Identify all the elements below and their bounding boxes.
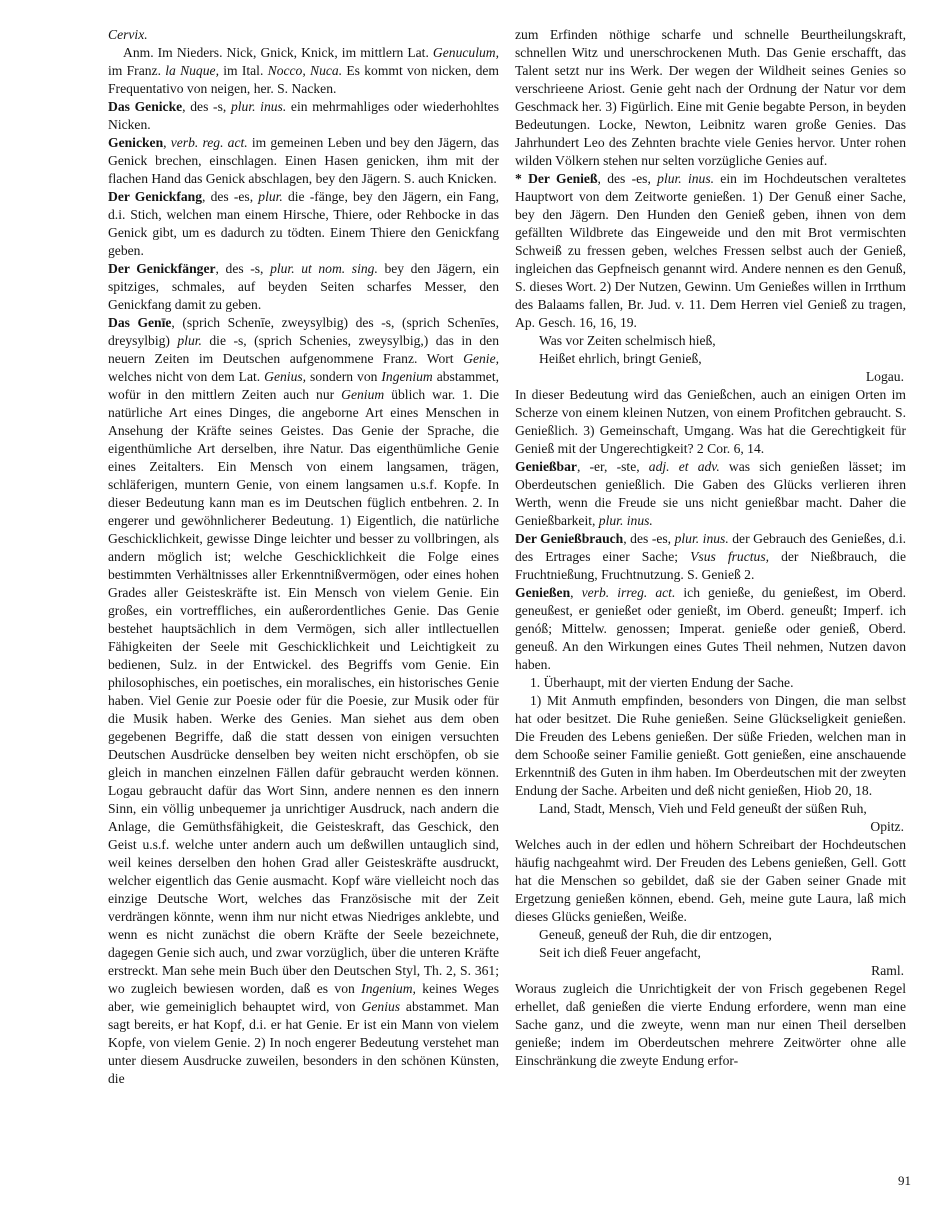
text-segment: Genießen	[515, 585, 570, 600]
entry-genie: Das Genīe, (sprich Schenīe, zweysylbig) …	[108, 314, 499, 1088]
left-column: Cervix.Anm. Im Nieders. Nick, Gnick, Kni…	[108, 26, 499, 1088]
text-segment: Was vor Zeiten schelmisch hieß,	[539, 333, 716, 348]
text-segment: * Der Genieß	[515, 171, 598, 186]
text-segment: Woraus zugleich die Unrichtigkeit der vo…	[515, 981, 906, 1068]
text-segment: Genie,	[463, 351, 499, 366]
text-segment: Genius,	[264, 369, 306, 384]
text-segment: Seit ich dieß Feuer angefacht,	[539, 945, 701, 960]
text-segment: Genius	[362, 999, 401, 1014]
text-segment: plur. ut nom. sing.	[270, 261, 378, 276]
text-segment: Genium	[341, 387, 384, 402]
text-segment: ,	[163, 135, 171, 150]
text-segment: adj. et adv.	[649, 459, 720, 474]
text-segment: Land, Stadt, Mensch, Vieh und Feld geneu…	[539, 801, 867, 816]
verse-line: Geneuß, geneuß der Ruh, die dir entzogen…	[515, 926, 906, 944]
verse-line: Land, Stadt, Mensch, Vieh und Feld geneu…	[515, 800, 906, 818]
text-segment: plur. inus.	[599, 513, 653, 528]
text-segment: im Franz.	[108, 63, 165, 78]
text-segment: Ingenium,	[361, 981, 416, 996]
text-segment: Ingenium	[381, 369, 432, 384]
text-segment: , des -es,	[598, 171, 658, 186]
body-paragraph-geniesschen: In dieser Bedeutung wird das Genießchen,…	[515, 386, 906, 458]
text-segment: Geneuß, geneuß der Ruh, die dir entzogen…	[539, 927, 772, 942]
text-segment: Welches auch in der edlen und höhern Sch…	[515, 837, 906, 924]
text-columns: Cervix.Anm. Im Nieders. Nick, Gnick, Kni…	[108, 26, 906, 1088]
text-segment: sondern von	[306, 369, 381, 384]
text-segment: Vsus fructus,	[690, 549, 769, 564]
right-column: zum Erfinden nöthige scharfe und schnell…	[515, 26, 906, 1070]
text-segment: Cervix.	[108, 27, 148, 42]
continuation-cervix: Cervix.	[108, 26, 499, 44]
anmerkung-paragraph: Anm. Im Nieders. Nick, Gnick, Knick, im …	[108, 44, 499, 98]
text-segment: Nocco, Nuca.	[268, 63, 342, 78]
text-segment: la Nuque,	[165, 63, 219, 78]
numbered-paragraph-1: 1. Überhaupt, mit der vierten Endung der…	[515, 674, 906, 692]
body-paragraph-frisch-regel: Woraus zugleich die Unrichtigkeit der vo…	[515, 980, 906, 1070]
text-segment: In dieser Bedeutung wird das Genießchen,…	[515, 387, 906, 456]
entry-geniessbrauch: Der Genießbrauch, des -es, plur. inus. d…	[515, 530, 906, 584]
text-segment: Der Genickfänger	[108, 261, 216, 276]
text-segment: verb. irreg. act.	[582, 585, 676, 600]
text-segment: plur.	[177, 333, 202, 348]
text-segment: plur. inus.	[657, 171, 714, 186]
text-segment: ein im Hochdeutschen veraltetes Hauptwor…	[515, 171, 906, 330]
entry-geniessbar: Genießbar, -er, -ste, adj. et adv. was s…	[515, 458, 906, 530]
text-segment: 1. Überhaupt, mit der vierten Endung der…	[530, 675, 794, 690]
text-segment: Logau.	[866, 369, 904, 384]
text-segment: , des -s,	[216, 261, 271, 276]
dictionary-page: Cervix.Anm. Im Nieders. Nick, Gnick, Kni…	[0, 0, 935, 1210]
entry-geniessen: Genießen, verb. irreg. act. ich genieße,…	[515, 584, 906, 674]
text-segment: Anm. Im Nieders. Nick, Gnick, Knick, im …	[123, 45, 433, 60]
verse-line: Seit ich dieß Feuer angefacht,	[515, 944, 906, 962]
text-segment: verb. reg. act.	[171, 135, 248, 150]
text-segment: Opitz.	[870, 819, 904, 834]
text-segment: 1) Mit Anmuth empfinden, besonders von D…	[515, 693, 906, 798]
continuation-genie-text: zum Erfinden nöthige scharfe und schnell…	[515, 26, 906, 170]
text-segment: Das Genicke	[108, 99, 182, 114]
text-segment: , des -es,	[623, 531, 674, 546]
text-segment: Genuculum,	[433, 45, 499, 60]
verse-attribution-opitz: Opitz.	[515, 818, 906, 836]
entry-genicke: Das Genicke, des -s, plur. inus. ein meh…	[108, 98, 499, 134]
text-segment: ,	[570, 585, 581, 600]
entry-geniess: * Der Genieß, des -es, plur. inus. ein i…	[515, 170, 906, 332]
text-segment: plur.	[258, 189, 283, 204]
text-segment: üblich war. 1. Die natürliche Art eines …	[108, 387, 499, 996]
entry-genicken: Genicken, verb. reg. act. im gemeinen Le…	[108, 134, 499, 188]
text-segment: , des -es,	[202, 189, 258, 204]
text-segment: welches nicht von dem Lat.	[108, 369, 264, 384]
numbered-paragraph-1-1: 1) Mit Anmuth empfinden, besonders von D…	[515, 692, 906, 800]
text-segment: Raml.	[871, 963, 904, 978]
entry-genickfaenger: Der Genickfänger, des -s, plur. ut nom. …	[108, 260, 499, 314]
text-segment: Heißet ehrlich, bringt Genieß,	[539, 351, 702, 366]
entry-genickfang: Der Genickfang, des -es, plur. die -fäng…	[108, 188, 499, 260]
verse-line: Was vor Zeiten schelmisch hieß,	[515, 332, 906, 350]
text-segment: plur. inus.	[231, 99, 286, 114]
text-segment: Das Genīe	[108, 315, 171, 330]
text-segment: zum Erfinden nöthige scharfe und schnell…	[515, 27, 906, 168]
text-segment: Der Genickfang	[108, 189, 202, 204]
text-segment: Genießbar	[515, 459, 577, 474]
verse-attribution-raml: Raml.	[515, 962, 906, 980]
verse-line: Heißet ehrlich, bringt Genieß,	[515, 350, 906, 368]
text-segment: , des -s,	[182, 99, 231, 114]
text-segment: im Ital.	[219, 63, 268, 78]
text-segment: Der Genießbrauch	[515, 531, 623, 546]
page-number: 91	[898, 1174, 911, 1188]
body-paragraph-schreibart: Welches auch in der edlen und höhern Sch…	[515, 836, 906, 926]
text-segment: , -er, -ste,	[577, 459, 649, 474]
text-segment: Genicken	[108, 135, 163, 150]
text-segment: plur. inus.	[675, 531, 729, 546]
verse-attribution-logau: Logau.	[515, 368, 906, 386]
